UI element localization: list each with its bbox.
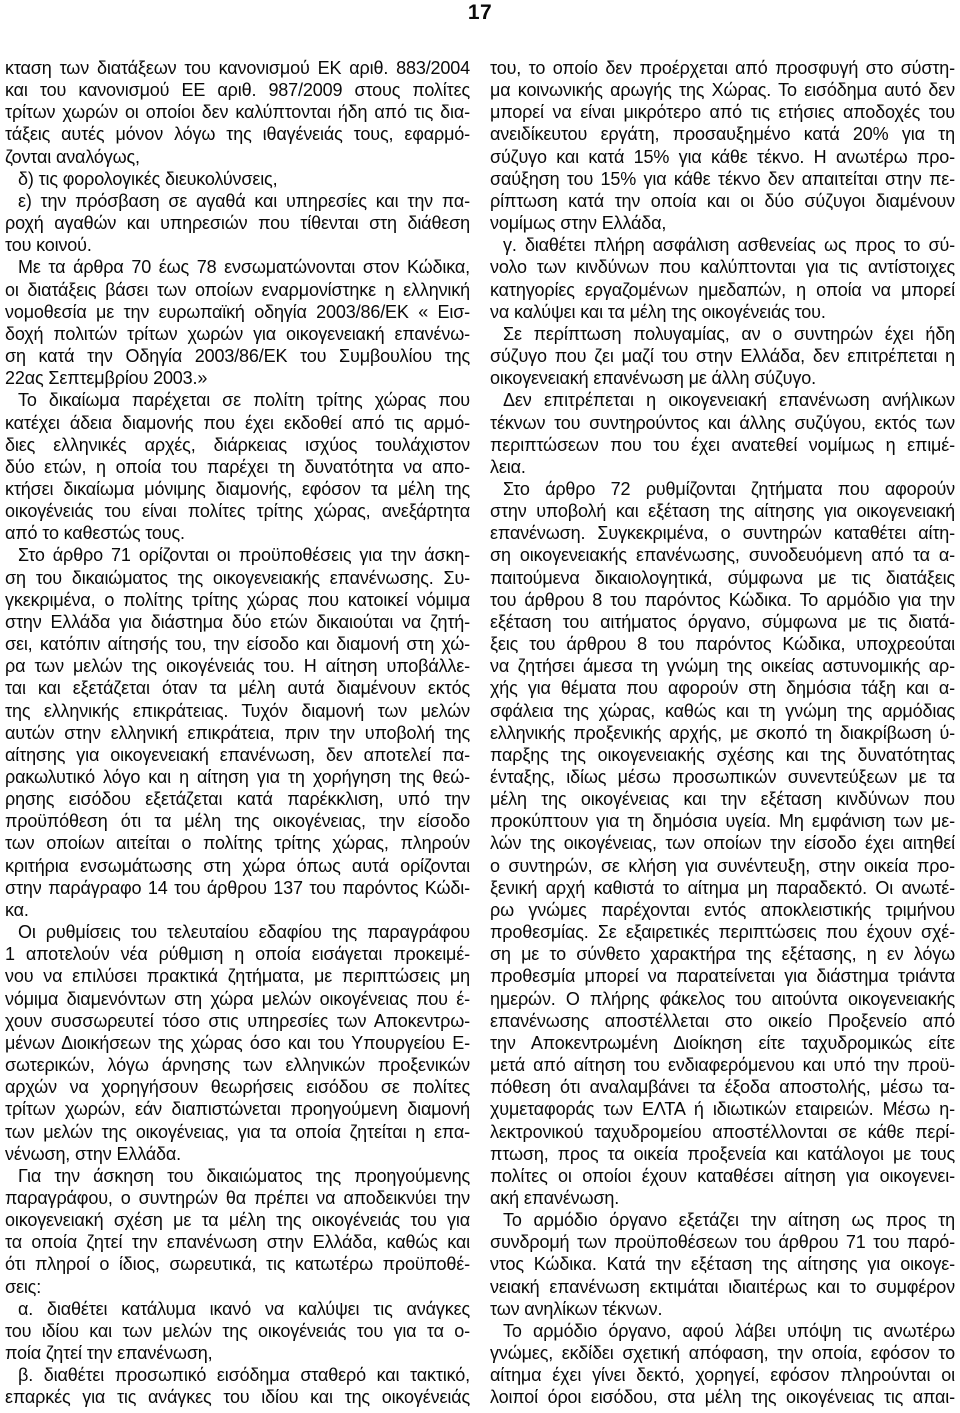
text-line: οικογένειάς του είναι πολίτες τρίτης χώρ…	[5, 500, 470, 522]
text-line: οικογενειακή σχέση με τα μέλη της οικογέ…	[5, 1209, 470, 1231]
text-line: δ) τις φορολογικές διευκολύνσεις,	[5, 168, 470, 190]
text-line: παιτούμενα δικαιολογητικά, σύμφωνα με τι…	[490, 567, 955, 589]
text-line: νου να επιλύσει πρακτικά ζητήματα, με πε…	[5, 965, 470, 987]
text-line: αυτών στην ελληνική επικράτεια, πριν την…	[5, 722, 470, 744]
paragraph: Με τα άρθρα 70 έως 78 ενσωματώνονται στο…	[5, 256, 470, 389]
text-line: λών της οικογένειας, των οποίων την είσο…	[490, 832, 955, 854]
paragraph: Δεν επιτρέπεται η οικογενειακή επανένωση…	[490, 389, 955, 478]
text-line: γ. διαθέτει πλήρη ασφάλιση ασθενείας ως …	[490, 234, 955, 256]
text-columns: κταση των διατάξεων του κανονισμού ΕΚ αρ…	[5, 57, 955, 1409]
paragraph: α. διαθέτει κατάλυμα ικανό να καλύψει τι…	[5, 1298, 470, 1364]
text-line: 1 αποτελούν νέα ρύθμιση η οποία εισάγετα…	[5, 943, 470, 965]
text-line: ντος Κώδικα. Κατά την εξέταση της αίτηση…	[490, 1253, 955, 1275]
text-line: νολο των κινδύνων που καλύπτονται για τι…	[490, 256, 955, 278]
text-line: ση κατά την Οδηγία 2003/86/ΕΚ του Συμβου…	[5, 345, 470, 367]
text-line: τάξεις αυτές μόνον λόγω της ιθαγένειάς τ…	[5, 123, 470, 145]
text-line: ρα των μελών της οικογένειάς του. Η αίτη…	[5, 655, 470, 677]
text-line: ροχή αγαθών και υπηρεσιών που τίθενται σ…	[5, 212, 470, 234]
text-line: ελληνικής προξενικής αρχής, με σκοπό τη …	[490, 722, 955, 744]
paragraph: Στο άρθρο 72 ρυθμίζονται ζητήματα που αφ…	[490, 478, 955, 1209]
paragraph: Οι ρυθμίσεις του τελευταίου εδαφίου της …	[5, 921, 470, 1165]
text-line: σαύξηση του 15% για κάθε τέκνο δεν απαιτ…	[490, 168, 955, 190]
document-page: 17 κταση των διατάξεων του κανονισμού ΕΚ…	[0, 0, 960, 1413]
text-line: ε) την πρόσβαση σε αγαθά και υπηρεσίες κ…	[5, 190, 470, 212]
text-line: Το δικαίωμα παρέχεται σε πολίτη τρίτης χ…	[5, 389, 470, 411]
paragraph: Για την άσκηση του δικαιώματος της προηγ…	[5, 1165, 470, 1298]
text-line: Το αρμόδιο όργανο εξετάζει την αίτηση ως…	[490, 1209, 955, 1231]
page-number: 17	[0, 1, 960, 25]
text-line: οικογενειακή επανένωση με άλλη σύζυγο.	[490, 367, 955, 389]
text-line: β. διαθέτει προσωπικό εισόδημα σταθερό κ…	[5, 1364, 470, 1386]
text-line: των μελών της οικογένειας, για τα οποία …	[5, 1121, 470, 1143]
text-line: ακή επανένωση.	[490, 1187, 955, 1209]
text-line: επανένωσης αποστέλλεται στο οικείο Προξε…	[490, 1010, 955, 1032]
text-line: κατηγορίες εργαζομένων ημεδαπών, η οποία…	[490, 279, 955, 301]
text-line: ξεις του άρθρου 8 του παρόντος Κώδικα, υ…	[490, 633, 955, 655]
text-line: χής για θέματα που αφορούν στη δημόσια τ…	[490, 677, 955, 699]
text-line: διες ελληνικές αρχές, διάρκειας ισχύος τ…	[5, 434, 470, 456]
text-line: ρίπτωση κατά την οποία και οι δύο σύζυγο…	[490, 190, 955, 212]
text-line: Σε περίπτωση πολυγαμίας, αν ο συντηρών έ…	[490, 323, 955, 345]
text-line: γκεκριμένα, ο πολίτης τρίτης χώρας που κ…	[5, 589, 470, 611]
text-line: των οποίων αιτείται ο πολίτης τρίτης χώρ…	[5, 832, 470, 854]
paragraph: δ) τις φορολογικές διευκολύνσεις,	[5, 168, 470, 190]
text-line: εξέταση του αιτήματος όργανο, σύμφωνα με…	[490, 611, 955, 633]
text-line: ξενική αρχή καθιστά το αίτημα μη παραδεκ…	[490, 877, 955, 899]
text-line: από το καθεστώς τους.	[5, 522, 470, 544]
text-line: να καλύψει και τα μέλη της οικογένειάς τ…	[490, 301, 955, 323]
text-line: αίτημα έχει γίνει δεκτό, χορηγεί, εφόσον…	[490, 1364, 955, 1386]
paragraph: Σε περίπτωση πολυγαμίας, αν ο συντηρών έ…	[490, 323, 955, 389]
text-line: προθεσμία μπορεί να παρατείνεται για διά…	[490, 965, 955, 987]
text-line: Με τα άρθρα 70 έως 78 ενσωματώνονται στο…	[5, 256, 470, 278]
text-line: σει, κατόπιν αίτησής του, την είσοδο και…	[5, 633, 470, 655]
text-line: Οι ρυθμίσεις του τελευταίου εδαφίου της …	[5, 921, 470, 943]
paragraph: κταση των διατάξεων του κανονισμού ΕΚ αρ…	[5, 57, 470, 168]
text-line: Για την άσκηση του δικαιώματος της προηγ…	[5, 1165, 470, 1187]
text-line: προθεσμίας. Σε εξαιρετικές περιπτώσεις π…	[490, 921, 955, 943]
text-line: γνώμες, εκδίδει σχετική απόφαση, την οπο…	[490, 1342, 955, 1364]
text-line: του κοινού.	[5, 234, 470, 256]
text-line: δοχή πολιτών τρίτων χωρών για οικογενεια…	[5, 323, 470, 345]
text-line: Δεν επιτρέπεται η οικογενειακή επανένωση…	[490, 389, 955, 411]
text-line: μετά από αίτηση του ενδιαφερόμενου και υ…	[490, 1054, 955, 1076]
text-line: μπορεί να είναι μικρότερο από τις ετήσιε…	[490, 101, 955, 123]
text-line: χυμεταφοράς των ΕΛΤΑ ή ιδιωτικών εταιρει…	[490, 1098, 955, 1120]
text-line: προκύπτουν για τη δημόσια υγεία. Μη εμφά…	[490, 810, 955, 832]
text-line: ση με το σύνθετο χαρακτήρα της εξέτασης,…	[490, 943, 955, 965]
text-line: ται και εξετάζεται όταν τα μέλη αυτά δια…	[5, 677, 470, 699]
text-line: σύζυγο και κατά 15% για κάθε τέκνο. Η αν…	[490, 146, 955, 168]
text-line: Στο άρθρο 71 ορίζονται οι προϋποθέσεις γ…	[5, 544, 470, 566]
text-line: ρακωλυτικό λόγο και η αίτηση για τη χορή…	[5, 766, 470, 788]
paragraph: Το αρμόδιο όργανο, αφού λάβει υπόψη τις …	[490, 1320, 955, 1409]
text-line: στην υποβολή και εξέταση της αίτησης για…	[490, 500, 955, 522]
text-line: ρησης εισόδου εξετάζεται κατά παρέκκλιση…	[5, 788, 470, 810]
text-line: νομοθεσία με την ευρωπαϊκή οδηγία 2003/8…	[5, 301, 470, 323]
paragraph: ε) την πρόσβαση σε αγαθά και υπηρεσίες κ…	[5, 190, 470, 256]
text-line: ανειδίκευτου εργάτη, προσαυξημένο κατά 2…	[490, 123, 955, 145]
paragraph: γ. διαθέτει πλήρη ασφάλιση ασθενείας ως …	[490, 234, 955, 323]
left-text-column: κταση των διατάξεων του κανονισμού ΕΚ αρ…	[5, 57, 470, 1409]
text-line: επανένωση. Συγκεκριμένα, ο συντηρών κατα…	[490, 522, 955, 544]
text-line: και του κανονισμού ΕΕ αριθ. 987/2009 στο…	[5, 79, 470, 101]
text-line: ένταξης, ιδίως μέσω προσωπικών συνεντεύξ…	[490, 766, 955, 788]
text-line: σφάλεια της χώρας, καθώς και τη γνώμη τη…	[490, 700, 955, 722]
text-line: 22ας Σεπτεμβρίου 2003.»	[5, 367, 470, 389]
text-line: σύζυγο που ζει μαζί του στην Ελλάδα, δεν…	[490, 345, 955, 367]
text-line: ποία ζητεί την επανένωση,	[5, 1342, 470, 1364]
paragraph: του, το οποίο δεν προέρχεται από προσφυγ…	[490, 57, 955, 234]
text-line: παρξης της οικογενειακής σχέσης και της …	[490, 744, 955, 766]
text-line: πτωση, προς τα οικεία προξενεία και κατά…	[490, 1143, 955, 1165]
text-line: συνδρομή των προϋποθέσεων του άρθρου 71 …	[490, 1231, 955, 1253]
text-line: ότι πληροί ο ίδιος, σωρευτικά, τις κατωτ…	[5, 1253, 470, 1275]
text-line: να ζητήσει άμεσα τη γνώμη της οικείας ασ…	[490, 655, 955, 677]
text-line: οι διατάξεις βάσει των οποίων εναρμονίστ…	[5, 279, 470, 301]
text-line: μένων Διοικήσεων της χώρας όσο και του Υ…	[5, 1032, 470, 1054]
text-line: τέκνων του συντηρούντος και άλλης συζύγο…	[490, 412, 955, 434]
paragraph: Το αρμόδιο όργανο εξετάζει την αίτηση ως…	[490, 1209, 955, 1320]
text-line: ζονται αναλόγως,	[5, 146, 470, 168]
paragraph: Το δικαίωμα παρέχεται σε πολίτη τρίτης χ…	[5, 389, 470, 544]
text-line: προϋπόθεση ότι τα μέλη της οικογένειας, …	[5, 810, 470, 832]
text-line: περιπτώσεων που του έχει ανατεθεί νομίμω…	[490, 434, 955, 456]
right-text-column: του, το οποίο δεν προέρχεται από προσφυγ…	[490, 57, 955, 1409]
text-line: του, το οποίο δεν προέρχεται από προσφυγ…	[490, 57, 955, 79]
text-line: Το αρμόδιο όργανο, αφού λάβει υπόψη τις …	[490, 1320, 955, 1342]
text-line: νένωση, στην Ελλάδα.	[5, 1143, 470, 1165]
paragraph: β. διαθέτει προσωπικό εισόδημα σταθερό κ…	[5, 1364, 470, 1408]
text-line: κατέχει άδεια διαμονής που έχει εκδοθεί …	[5, 412, 470, 434]
text-line: στην Ελλάδα για διάστημα δύο ετών δικαιο…	[5, 611, 470, 633]
text-line: νειακή επανένωση εκτιμάται ιδιαιτέρως κα…	[490, 1276, 955, 1298]
text-line: στην παράγραφο 14 του άρθρου 137 του παρ…	[5, 877, 470, 899]
text-line: κα.	[5, 899, 470, 921]
text-line: τρίτων χωρών, εάν διαπιστώνεται προηγούμ…	[5, 1098, 470, 1120]
text-line: δύο ετών, η οποία του παρέχει τη δυνατότ…	[5, 456, 470, 478]
text-line: χουν συσσωρευτεί τόσο στις υπηρεσίες των…	[5, 1010, 470, 1032]
text-line: των ανηλίκων τέκνων.	[490, 1298, 955, 1320]
text-line: κταση των διατάξεων του κανονισμού ΕΚ αρ…	[5, 57, 470, 79]
text-line: ση οικογενειακής επανένωσης, συνοδευόμεν…	[490, 544, 955, 566]
text-line: σωτερικών, λόγω άρνησης των ελληνικών πρ…	[5, 1054, 470, 1076]
text-line: μέλη της οικογένειας και την εξέταση κιν…	[490, 788, 955, 810]
text-line: την Αποκεντρωμένη Διοίκηση είτε ταχυδρομ…	[490, 1032, 955, 1054]
text-line: αίτησης για οικογενειακή επανένωση, δεν …	[5, 744, 470, 766]
text-line: τρίτων χωρών οι οποίοι δεν καλύπτονται ή…	[5, 101, 470, 123]
text-line: πολίτες οι οποίοι έχουν καταθέσει αίτηση…	[490, 1165, 955, 1187]
text-line: λεκτρονικού ταχυδρομείου αποστέλλονται σ…	[490, 1121, 955, 1143]
text-line: ρω γνώμες παρέχονται εντός αποκλειστικής…	[490, 899, 955, 921]
text-line: κτήσει δικαίωμα μόνιμης διαμονής, εφόσον…	[5, 478, 470, 500]
text-line: τα οποία ζητεί την επανένωση στην Ελλάδα…	[5, 1231, 470, 1253]
text-line: α. διαθέτει κατάλυμα ικανό να καλύψει τι…	[5, 1298, 470, 1320]
text-line: ημερών. Ο πλήρης φάκελος του αιτούντα οι…	[490, 988, 955, 1010]
text-line: παραγράφου, ο συντηρών θα πρέπει να αποδ…	[5, 1187, 470, 1209]
text-line: του ιδίου και των μελών της οικογένειάς …	[5, 1320, 470, 1342]
text-line: επαρκές για τις ανάγκες του ιδίου και τη…	[5, 1386, 470, 1408]
text-line: ο συντηρών, σε κλήση για συνέντευξη, στη…	[490, 855, 955, 877]
text-line: σεις:	[5, 1276, 470, 1298]
paragraph: Στο άρθρο 71 ορίζονται οι προϋποθέσεις γ…	[5, 544, 470, 921]
text-line: αρχών να χορηγήσουν θεωρήσεις εισόδου σε…	[5, 1076, 470, 1098]
text-line: του άρθρου 8 του παρόντος Κώδικα. Το αρμ…	[490, 589, 955, 611]
text-line: Στο άρθρο 72 ρυθμίζονται ζητήματα που αφ…	[490, 478, 955, 500]
text-line: λοιποί όροι εισόδου, στα μέλη της οικογέ…	[490, 1386, 955, 1408]
text-line: νόμιμα διαμενόντων στη χώρα μελών οικογέ…	[5, 988, 470, 1010]
text-line: λεια.	[490, 456, 955, 478]
text-line: μα κοινωνικής αρωγής της Χώρας. Το εισόδ…	[490, 79, 955, 101]
text-line: της ελληνικής επικράτειας. Τυχόν διαμονή…	[5, 700, 470, 722]
text-line: ση του δικαιώματος της οικογενειακής επα…	[5, 567, 470, 589]
text-line: κριτήρια ενσωμάτωσης στη χώρα όπως αυτά …	[5, 855, 470, 877]
text-line: πόθεση ότι αναλαμβάνει τα έξοδα αποστολή…	[490, 1076, 955, 1098]
text-line: νομίμως στην Ελλάδα,	[490, 212, 955, 234]
